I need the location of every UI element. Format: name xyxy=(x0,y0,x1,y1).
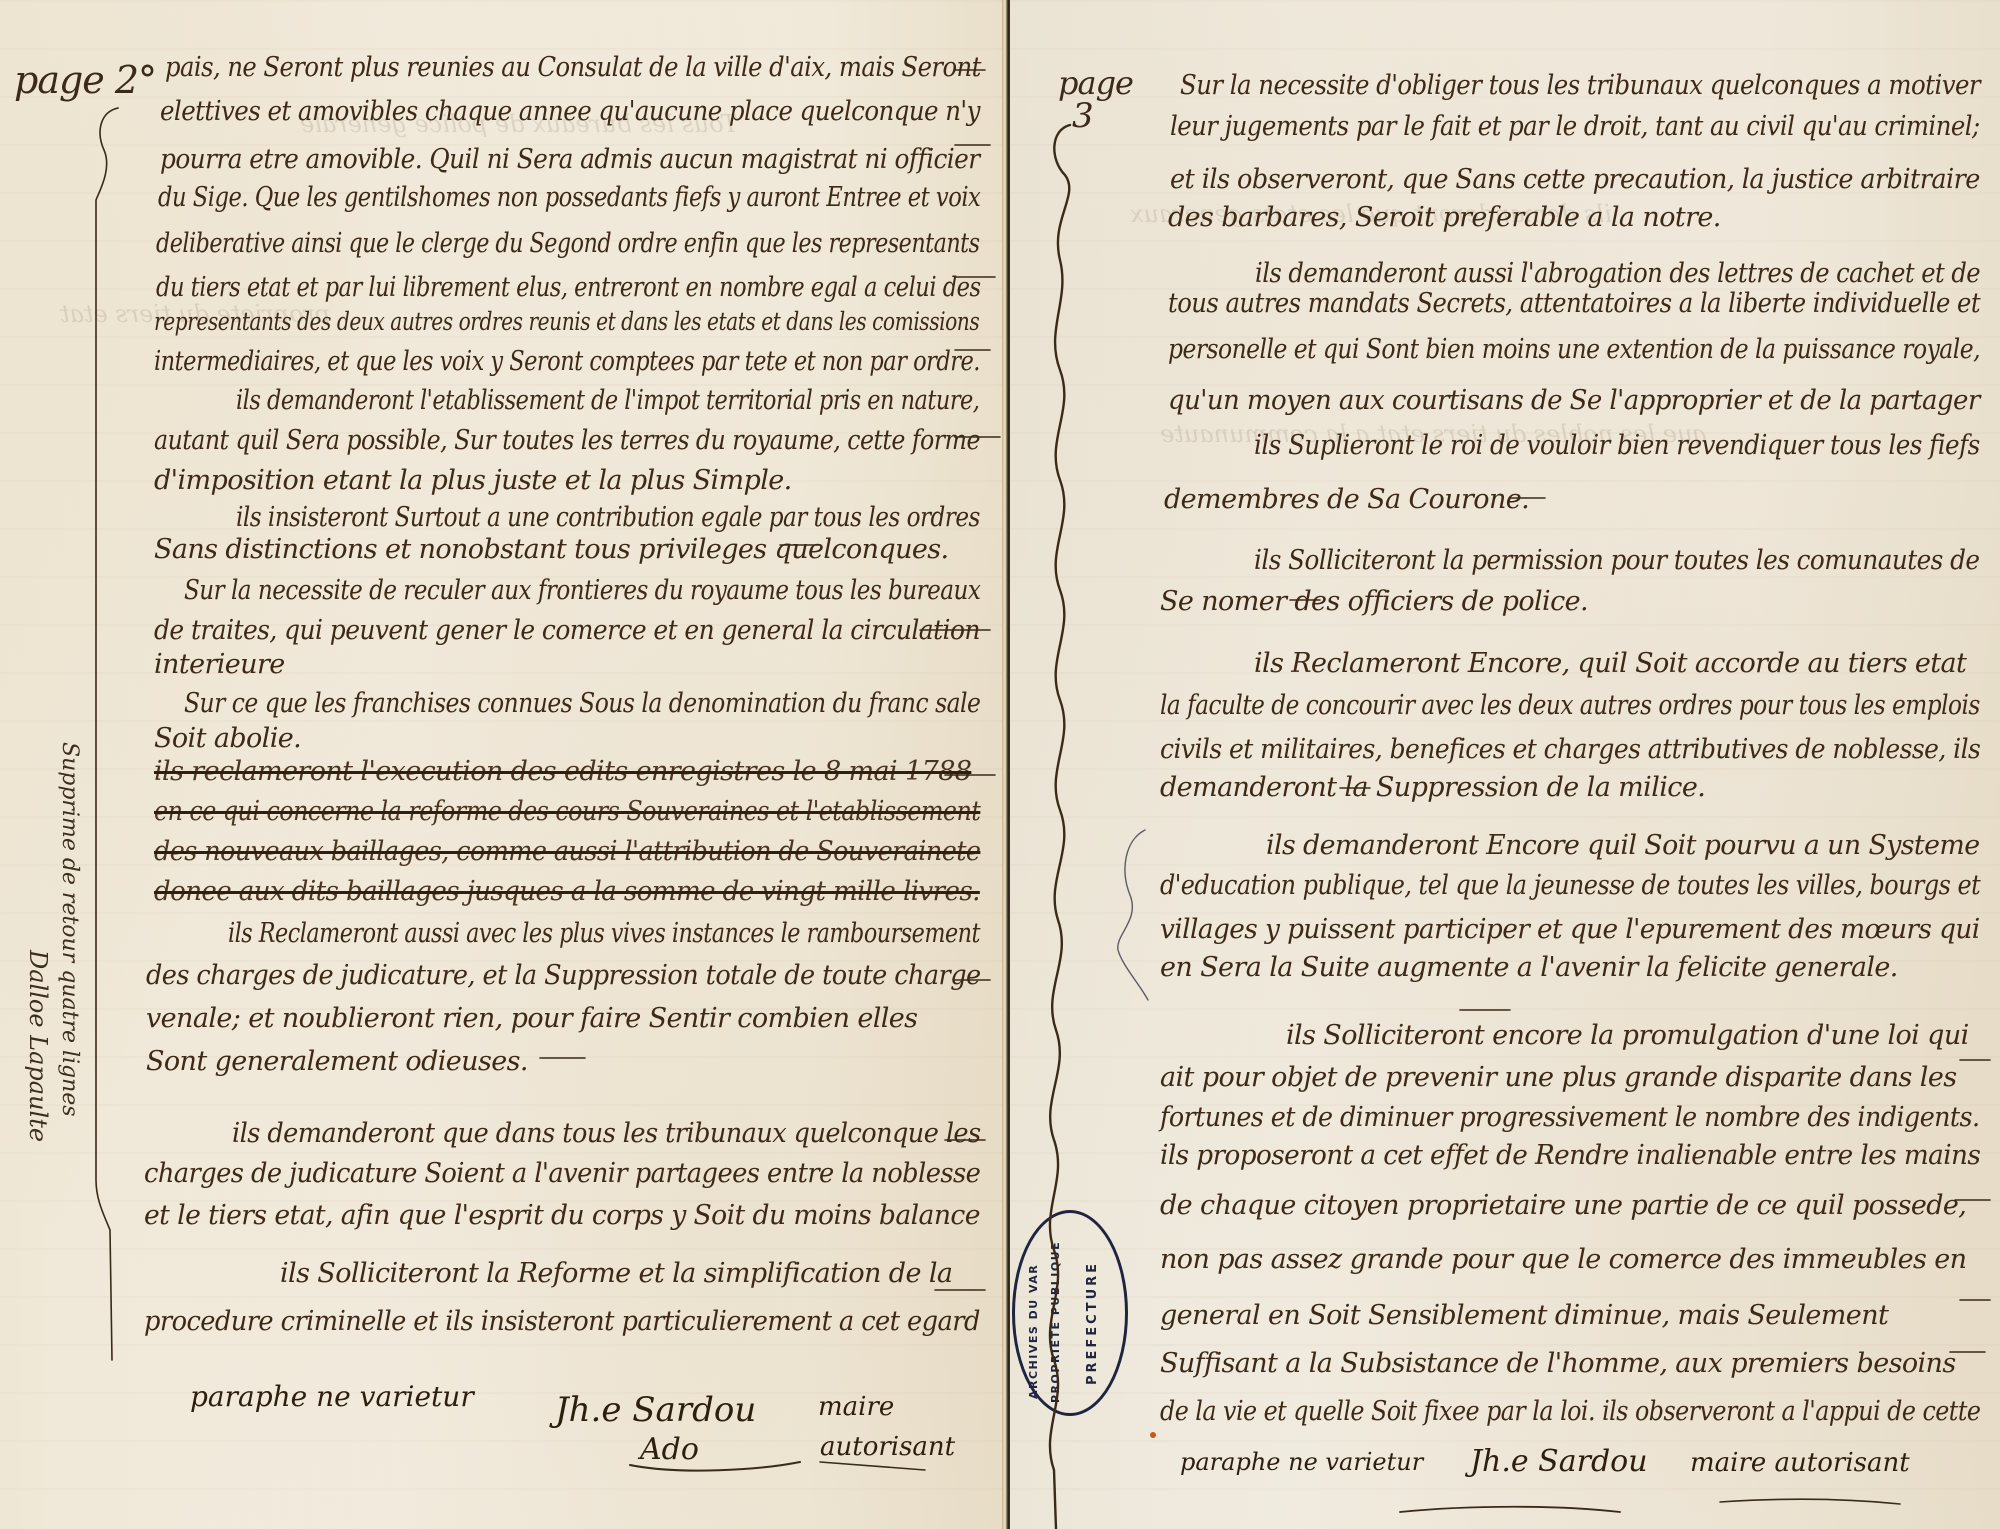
text-line: elettives et amovibles chaque annee qu'a… xyxy=(160,96,980,127)
text-line: ils Solliciteront encore la promulgation… xyxy=(1286,1020,1969,1051)
page-label: page xyxy=(1058,64,1133,102)
text-line: pais, ne Seront plus reunies au Consulat… xyxy=(165,52,981,83)
text-line: d'education publique, tel que la jeuness… xyxy=(1160,870,1980,901)
mayor-signature: Jh.e Sardou xyxy=(1470,1444,1648,1479)
mayor-signature: Jh.e Sardou xyxy=(555,1390,756,1430)
text-line: Sur la necessite de reculer aux frontier… xyxy=(184,575,980,606)
text-line: de traites, qui peuvent gener le comerce… xyxy=(154,615,980,646)
struck-text-line: en ce qui concerne la reforme des cours … xyxy=(154,796,980,827)
text-line: ils demanderont Encore quil Soit pourvu … xyxy=(1266,830,1979,861)
text-line: leur jugements par le fait et par le dro… xyxy=(1170,111,1980,142)
struck-text-line: donee aux dits baillages jusques a la so… xyxy=(154,876,980,907)
page-number-label: page 2° xyxy=(14,58,156,102)
text-line: ils Suplieront le roi de vouloir bien re… xyxy=(1254,430,1980,461)
text-line: demembres de Sa Courone. xyxy=(1164,484,1529,515)
signature-role: maire autorisant xyxy=(1690,1448,1910,1478)
text-line: de la vie et quelle Soit fixee par la lo… xyxy=(1160,1396,1980,1427)
text-line: ils demanderont aussi l'abrogation des l… xyxy=(1255,258,1980,289)
stamp-line-prefecture: PREFECTURE xyxy=(1085,1261,1100,1385)
paraphe-ne-varietur: paraphe ne varietur xyxy=(1180,1448,1423,1476)
text-line: procedure criminelle et ils insisteront … xyxy=(144,1306,980,1337)
paraphe-ne-varietur: paraphe ne varietur xyxy=(190,1380,474,1413)
text-line: tous autres mandats Secrets, attentatoir… xyxy=(1168,288,1980,319)
struck-text-line: des nouveaux baillages, comme aussi l'at… xyxy=(154,836,980,867)
text-line: d'imposition etant la plus juste et la p… xyxy=(154,465,792,496)
text-line: venale; et noublieront rien, pour faire … xyxy=(146,1003,917,1034)
text-line: deliberative ainsi que le clerge du Sego… xyxy=(156,228,980,259)
manuscript-page-left: Tous les bureaux de police generale prop… xyxy=(0,0,1002,1529)
text-line: intermediaires, et que les voix y Seront… xyxy=(154,346,980,377)
text-line: ils demanderont l'etablissement de l'imp… xyxy=(236,385,979,416)
stamp-line-archives: ARCHIVES DU VAR xyxy=(1027,1264,1040,1399)
text-line: de chaque citoyen proprietaire une parti… xyxy=(1160,1190,1966,1221)
text-line: ils demanderont que dans tous les tribun… xyxy=(232,1118,981,1149)
text-line: general en Soit Sensiblement diminue, ma… xyxy=(1160,1300,1888,1331)
text-line: representants des deux autres ordres reu… xyxy=(154,307,979,337)
text-line: ils Reclameront aussi avec les plus vive… xyxy=(228,918,980,949)
text-line: pourra etre amovible. Quil ni Sera admis… xyxy=(160,144,980,175)
text-line: ait pour objet de prevenir une plus gran… xyxy=(1160,1062,1956,1093)
text-line: ils insisteront Surtout a une contributi… xyxy=(236,502,980,533)
text-line: des charges de judicature, et la Suppres… xyxy=(146,960,981,991)
manuscript-page-right: ils demanderont que les etats generaux q… xyxy=(1010,0,2000,1529)
text-line: demanderont la Suppression de la milice. xyxy=(1160,772,1705,803)
signature-flourish: Ado xyxy=(640,1432,699,1467)
struck-text-line: ils reclameront l'execution des edits en… xyxy=(154,756,971,787)
text-line: Se nomer des officiers de police. xyxy=(1160,586,1588,617)
text-line: ils Solliciteront la permission pour tou… xyxy=(1254,545,1979,576)
text-line: et le tiers etat, afin que l'esprit du c… xyxy=(144,1200,980,1231)
text-line: ils proposeront a cet effet de Rendre in… xyxy=(1160,1140,1980,1171)
page-number: 3 xyxy=(1072,96,1093,136)
text-line: fortunes et de diminuer progressivement … xyxy=(1160,1102,1980,1133)
text-line: du tiers etat et par lui librement elus,… xyxy=(156,272,981,303)
text-line: ils Solliciteront la Reforme et la simpl… xyxy=(280,1258,952,1289)
text-line: qu'un moyen aux courtisans de Se l'appro… xyxy=(1168,385,1980,416)
text-line: Suffisant a la Subsistance de l'homme, a… xyxy=(1160,1348,1956,1379)
text-line: personelle et qui Sont bien moins une ex… xyxy=(1168,334,1980,365)
stamp-line-propriete: PROPRIETE PUBLIQUE xyxy=(1049,1241,1062,1403)
text-line: civils et militaires, benefices et charg… xyxy=(1160,734,1980,765)
text-line: Soit abolie. xyxy=(154,723,301,754)
text-line: charges de judicature Soient a l'avenir … xyxy=(144,1158,980,1189)
text-line: et ils observeront, que Sans cette preca… xyxy=(1170,164,1980,195)
signature-role-maire: maire xyxy=(818,1392,894,1422)
text-line: Sur la necessite d'obliger tous les trib… xyxy=(1180,70,1980,101)
text-line: Sont generalement odieuses. xyxy=(146,1046,528,1077)
signature-role-autorisant: autorisant xyxy=(820,1432,955,1462)
text-line: du Sige. Que les gentilshomes non possed… xyxy=(158,182,980,213)
text-line: autant quil Sera possible, Sur toutes le… xyxy=(154,425,980,456)
text-line: ils Reclameront Encore, quil Soit accord… xyxy=(1254,648,1966,679)
text-line: Sans distinctions et nonobstant tous pri… xyxy=(154,534,948,565)
text-line: Sur ce que les franchises connues Sous l… xyxy=(184,688,980,719)
book-gutter xyxy=(1002,0,1010,1529)
margin-annotation: Supprime de retour quatre lignes xyxy=(57,742,82,1117)
text-line: la faculte de concourir avec les deux au… xyxy=(1160,690,1980,721)
text-line: villages y puissent participer et que l'… xyxy=(1160,914,1980,945)
margin-initials: Dalloe Lapaulte xyxy=(24,950,52,1142)
text-line: non pas assez grande pour que le comerce… xyxy=(1160,1244,1966,1275)
text-line: des barbares, Seroit preferable a la not… xyxy=(1168,202,1721,233)
text-line: interieure xyxy=(154,649,285,680)
text-line: en Sera la Suite augmente a l'avenir la … xyxy=(1160,952,1898,983)
archives-du-var-stamp: ARCHIVES DU VAR PROPRIETE PUBLIQUE PREFE… xyxy=(1012,1210,1128,1416)
